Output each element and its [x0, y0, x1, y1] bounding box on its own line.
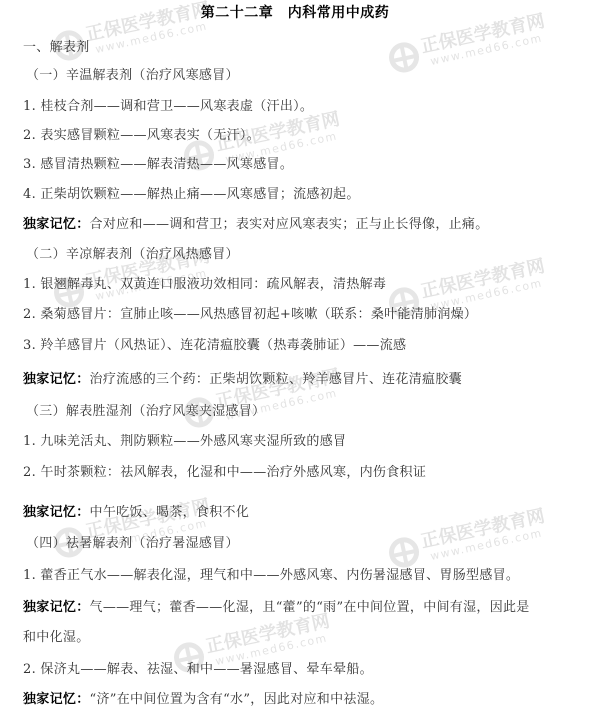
section-heading: 一、解表剂: [23, 36, 90, 55]
list-item: 1. 九味羌活丸、荆防颗粒——外感风寒夹湿所致的感冒: [23, 430, 346, 449]
subsection-heading: （二）辛凉解表剂（治疗风热感冒）: [26, 243, 239, 262]
memo-line: 独家记忆：中午吃饭、喝茶，食积不化: [23, 501, 249, 520]
subsection-heading: （一）辛温解表剂（治疗风寒感冒）: [26, 64, 239, 83]
memo-line: 独家记忆：气——理气；藿香——化湿，且“藿”的“雨”在中间位置，中间有湿，因此是: [23, 596, 530, 615]
list-item: 和中化湿。: [23, 626, 90, 645]
memo-text: 治疗流感的三个药：正柴胡饮颗粒、羚羊感冒片、连花清瘟胶囊: [90, 372, 462, 387]
memo-line: 独家记忆：合对应和——调和营卫；表实对应风寒表实；正与止长得像，止痛。: [23, 213, 489, 232]
memo-label: 独家记忆：: [23, 372, 90, 387]
list-item: 4. 正柴胡饮颗粒——解热止痛——风寒感冒；流感初起。: [23, 183, 360, 202]
watermark-logo-icon: [386, 40, 422, 76]
list-item: 2. 午时茶颗粒：祛风解表，化湿和中——治疗外感风寒，内伤食积证: [23, 461, 426, 480]
list-item: 3. 羚羊感冒片（风热证）、连花清瘟胶囊（热毒袭肺证）——流感: [23, 334, 406, 353]
memo-label: 独家记忆：: [23, 505, 90, 520]
chapter-title: 第二十二章 内科常用中成药: [0, 2, 590, 22]
memo-label: 独家记忆：: [23, 217, 90, 232]
list-item: 3. 感冒清热颗粒——解表清热——风寒感冒。: [23, 153, 293, 172]
list-item: 1. 藿香正气水——解表化湿，理气和中——外感风寒、内伤暑湿感冒、胃肠型感冒。: [23, 564, 519, 583]
memo-text: 气——理气；藿香——化湿，且“藿”的“雨”在中间位置，中间有湿，因此是: [90, 600, 530, 615]
memo-text: “济”在中间位置为含有“水”，因此对应和中祛湿。: [90, 692, 384, 707]
document-page: 正保医学教育网 www.med66.com 正保医学教育网 www.med66.…: [0, 0, 590, 709]
list-item: 2. 桑菊感冒片：宣肺止咳——风热感冒初起+咳嗽（联系：桑叶能清肺润燥）: [23, 303, 477, 322]
list-item: 2. 表实感冒颗粒——风寒表实（无汗）。: [23, 124, 260, 143]
list-item: 2. 保济丸——解表、祛湿、和中——暑湿感冒、晕车晕船。: [23, 658, 373, 677]
list-item: 1. 银翘解毒丸、双黄连口服液功效相同：疏风解表，清热解毒: [23, 273, 386, 292]
memo-line: 独家记忆：治疗流感的三个药：正柴胡饮颗粒、羚羊感冒片、连花清瘟胶囊: [23, 368, 462, 387]
memo-line: 独家记忆：“济”在中间位置为含有“水”，因此对应和中祛湿。: [23, 688, 383, 707]
memo-label: 独家记忆：: [23, 600, 90, 615]
subsection-heading: （三）解表胜湿剂（治疗风寒夹湿感冒）: [26, 400, 265, 419]
memo-text: 合对应和——调和营卫；表实对应风寒表实；正与止长得像，止痛。: [90, 217, 489, 232]
list-item: 1. 桂枝合剂——调和营卫——风寒表虚（汗出）。: [23, 95, 313, 114]
memo-text: 中午吃饭、喝茶，食积不化: [90, 505, 250, 520]
subsection-heading: （四）祛暑解表剂（治疗暑湿感冒）: [26, 532, 239, 551]
memo-label: 独家记忆：: [23, 692, 90, 707]
